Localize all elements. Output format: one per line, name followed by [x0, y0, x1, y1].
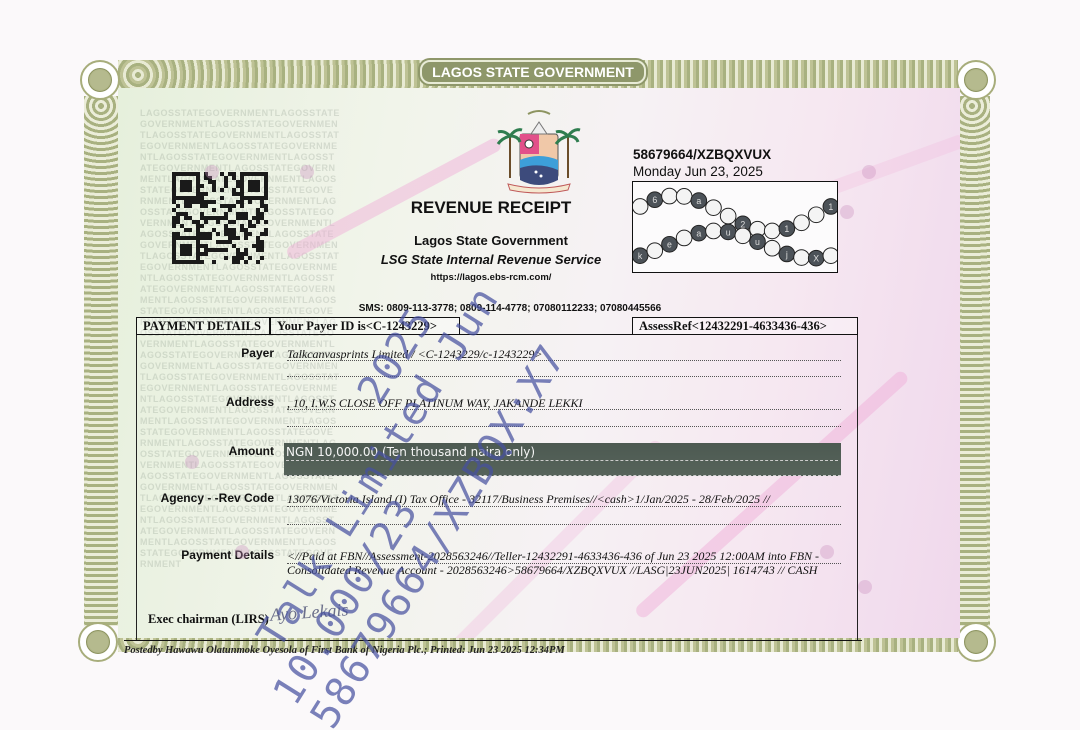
payment-details-table: [136, 317, 858, 641]
exec-chairman-label: Exec chairman (LIRS): [148, 612, 269, 627]
receipt-date: Monday Jun 23, 2025: [633, 164, 763, 179]
amount-label: Amount: [229, 444, 274, 458]
frame-corner-medallion-icon: [956, 60, 996, 100]
decorative-fleck: [300, 165, 314, 179]
payer-label: Payer: [241, 346, 274, 360]
agency-rev-code-value: 13076/Victoria Island (I) Tax Office - 3…: [287, 492, 841, 506]
qr-code-icon[interactable]: [172, 172, 268, 264]
svg-text:k: k: [638, 251, 643, 261]
government-name: Lagos State Government: [346, 233, 636, 248]
security-captcha-icon: 6a211keauujX: [632, 181, 838, 273]
decorative-fleck: [862, 165, 876, 179]
decorative-fleck: [205, 165, 219, 179]
website-link[interactable]: https://lagos.ebs-rcm.com/: [346, 272, 636, 283]
decorative-fleck: [185, 455, 199, 469]
issuer-banner: LAGOS STATE GOVERNMENT: [420, 60, 646, 84]
decorative-fleck: [820, 545, 834, 559]
decorative-fleck: [858, 580, 872, 594]
decorative-fleck: [840, 205, 854, 219]
amount-value: NGN 10,000.00 (Ten thousand naira only): [286, 444, 838, 461]
svg-text:e: e: [667, 240, 672, 250]
frame-border-left: [84, 96, 118, 626]
payer-value: Talkcanvasprints Limited / <C-1243229/c-…: [287, 347, 841, 361]
address-label: Address: [226, 395, 274, 409]
payment-details-header: PAYMENT DETAILS: [136, 317, 270, 335]
svg-text:6: 6: [652, 195, 657, 205]
sms-numbers: SMS: 0809-113-3778; 0809-114-4778; 07080…: [300, 303, 720, 314]
address-value: , 10, I.W.S CLOSE OFF PLATINUM WAY, JAKA…: [287, 396, 841, 410]
decorative-fleck: [235, 545, 249, 559]
svg-text:u: u: [755, 237, 760, 247]
svg-text:a: a: [696, 229, 701, 239]
svg-text:X: X: [813, 254, 819, 264]
svg-text:u: u: [726, 227, 731, 237]
frame-corner-medallion-icon: [80, 60, 120, 100]
svg-text:a: a: [696, 196, 701, 206]
assess-ref: AssessRef<12432291-4633436-436>: [632, 317, 858, 335]
document-title: REVENUE RECEIPT: [346, 198, 636, 218]
receipt-reference: 58679664/XZBQXVUX: [633, 147, 771, 162]
svg-text:1: 1: [784, 224, 789, 234]
posted-by-footer: Postedby Hawawu Olatunmoke Oyesola of Fi…: [124, 645, 565, 656]
frame-corner-medallion-icon: [956, 622, 996, 662]
coat-of-arms-icon: [496, 108, 582, 194]
frame-corner-medallion-icon: [78, 622, 118, 662]
svg-text:1: 1: [828, 202, 833, 212]
service-name: LSG State Internal Revenue Service: [346, 252, 636, 267]
payer-id: Your Payer ID is<C-1243229>: [270, 317, 460, 335]
payment-details-label: Payment Details: [181, 548, 274, 562]
svg-text:j: j: [785, 249, 788, 259]
agency-rev-code-label: Agency - -Rev Code: [161, 491, 274, 505]
